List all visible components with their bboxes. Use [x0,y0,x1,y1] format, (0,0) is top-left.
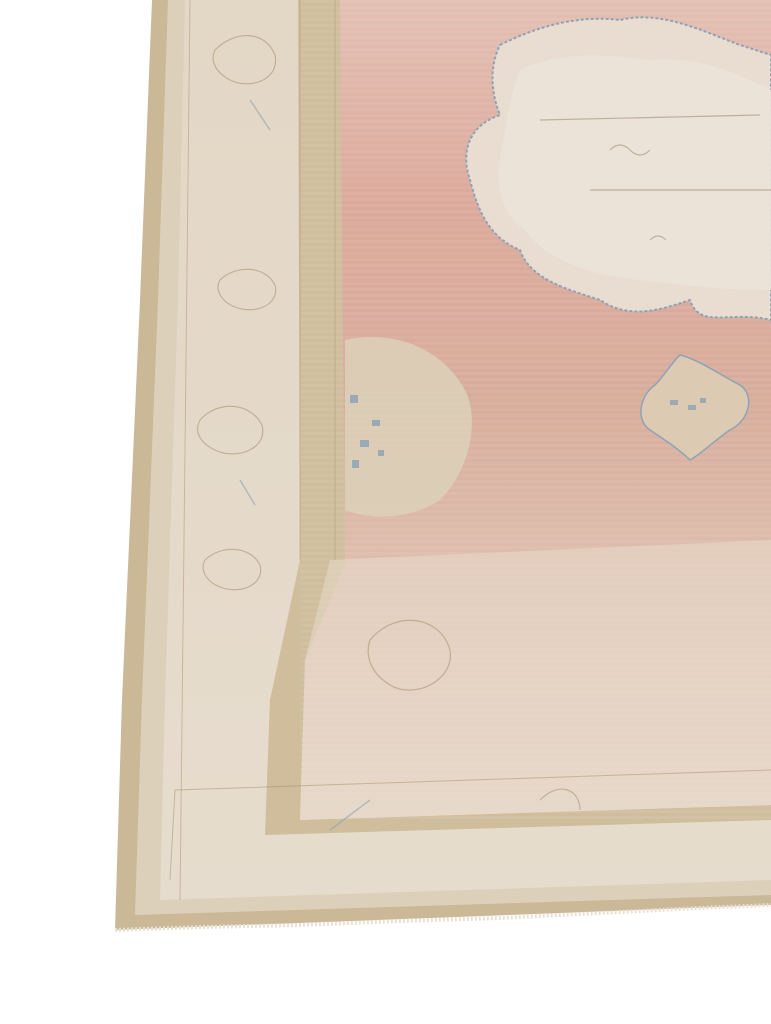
rug-illustration [0,0,771,1024]
rug-photo [0,0,771,1024]
